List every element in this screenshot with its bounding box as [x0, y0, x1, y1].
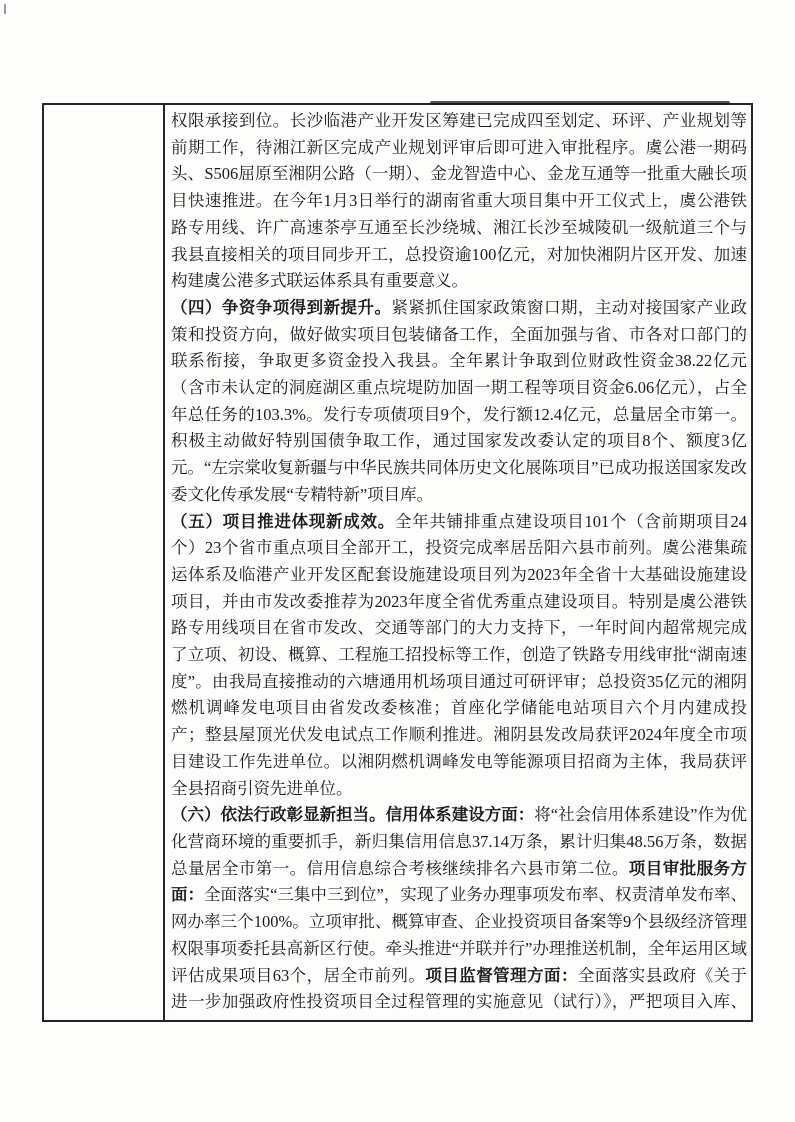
- paragraph: （四）争资争项得到新提升。紧紧抓住国家政策窗口期，主动对接国家产业政策和投资方向…: [171, 295, 747, 509]
- table-text-cell: 权限承接到位。长沙临港产业开发区筹建已完成四至划定、环评、产业规划等前期工作，待…: [165, 105, 751, 1020]
- paragraph: 权限承接到位。长沙临港产业开发区筹建已完成四至划定、环评、产业规划等前期工作，待…: [171, 108, 747, 295]
- paragraph-text-segment: 权限承接到位。长沙临港产业开发区筹建已完成四至划定、环评、产业规划等前期工作，待…: [171, 111, 747, 290]
- scan-artifact: [430, 101, 730, 105]
- content-table: 权限承接到位。长沙临港产业开发区筹建已完成四至划定、环评、产业规划等前期工作，待…: [42, 103, 753, 1022]
- scanned-document-page: 权限承接到位。长沙临港产业开发区筹建已完成四至划定、环评、产业规划等前期工作，待…: [0, 0, 795, 1122]
- paragraph-heading-segment: 项目监督管理方面：: [425, 966, 578, 985]
- paragraph-heading-segment: （五）项目推进体现新成效。: [171, 512, 395, 531]
- paragraph: （五）项目推进体现新成效。全年共铺排重点建设项目101个（含前期项目24个）23…: [171, 509, 747, 803]
- paragraph-text-segment: 紧紧抓住国家政策窗口期，主动对接国家产业政策和投资方向，做好做实项目包装储备工作…: [171, 298, 747, 504]
- table-left-cell: [44, 105, 165, 1020]
- paragraph-text-segment: 全年共铺排重点建设项目101个（含前期项目24个）23个省市重点项目全部开工，投…: [171, 512, 747, 798]
- paragraph-heading-segment: 信用体系建设方面：: [386, 805, 535, 824]
- paragraph-heading-segment: （六）依法行政彰显新担当。: [171, 805, 386, 824]
- paragraph-heading-segment: （四）争资争项得到新提升。: [171, 298, 391, 317]
- scan-artifact: [4, 4, 6, 14]
- paragraph: （六）依法行政彰显新担当。信用体系建设方面：将“社会信用体系建设”作为优化营商环…: [171, 802, 747, 1020]
